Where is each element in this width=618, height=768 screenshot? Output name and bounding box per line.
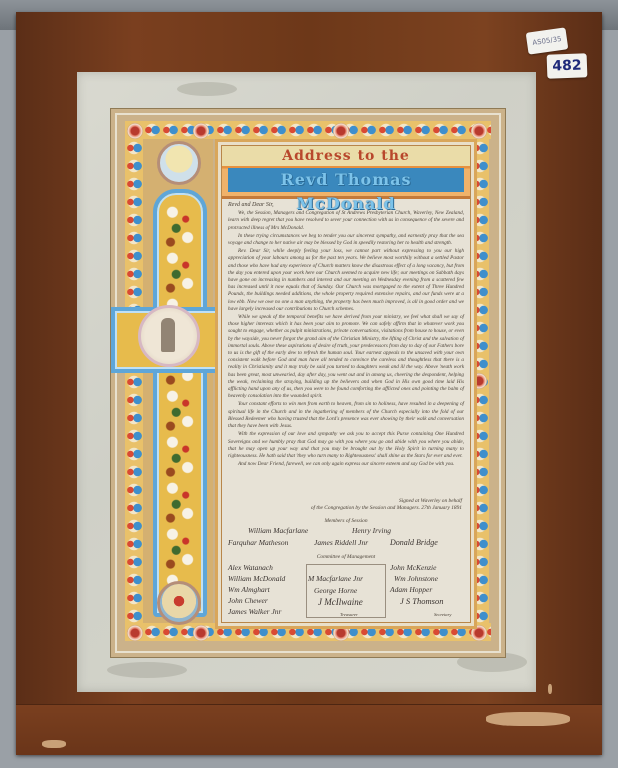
rosette-icon	[127, 625, 143, 641]
signed-line-1: Signed at Waverley on behalf	[311, 498, 462, 505]
signature: Farquhar Matheson	[228, 538, 288, 547]
title-band: Address to the Revd Thomas McDonald	[222, 146, 470, 199]
decorative-side-panel	[143, 139, 213, 623]
title-recipient-name: Revd Thomas McDonald	[228, 168, 464, 192]
floral-frieze-left	[125, 139, 143, 623]
signature: William Macfarlane	[248, 526, 308, 535]
signature: Henry Irving	[352, 526, 391, 535]
signature: Wm Johnstone	[394, 574, 438, 583]
paragraph: While we speak of the temporal benefits …	[228, 314, 464, 400]
stain	[177, 82, 237, 96]
item-number-label: 482	[547, 53, 588, 78]
signature: Alex Watanach	[228, 563, 273, 572]
salutation: Revd and Dear Sir,	[228, 202, 464, 209]
signature: George Horne	[314, 586, 357, 595]
illuminated-address: Address to the Revd Thomas McDonald Revd…	[110, 108, 506, 658]
floral-arch	[153, 189, 207, 617]
dove-medallion-icon	[157, 141, 201, 185]
floral-frieze-top	[125, 121, 491, 139]
pilgrim-vignette-icon	[138, 305, 200, 367]
pilgrim-figure	[161, 318, 175, 352]
signature: M Macfarlane Jnr	[308, 574, 363, 583]
paragraph: And now Dear Friend, farewell, we can on…	[228, 461, 464, 468]
address-body: Revd and Dear Sir, We, the Session, Mana…	[228, 202, 464, 469]
paragraph: In these trying circumstances we beg to …	[228, 233, 464, 247]
signature: J McIlwaine	[318, 597, 363, 607]
paragraph: We, the Session, Managers and Congregati…	[228, 210, 464, 232]
signature: Adam Hopper	[390, 585, 432, 594]
signature: John Chewer	[228, 596, 268, 605]
rosette-icon	[193, 625, 209, 641]
title-address-to-the: Address to the	[222, 148, 470, 164]
paragraph: Your constant efforts to win men from ea…	[228, 401, 464, 430]
treasurer-label: Treasurer	[340, 612, 358, 617]
committee-heading: Committee of Management	[222, 554, 470, 560]
hawthorn-flowers-decoration	[161, 203, 199, 603]
session-heading: Members of Session	[222, 518, 470, 524]
rosette-icon	[333, 123, 349, 139]
signature: J S Thomson	[400, 596, 443, 606]
signature: Donald Bridge	[390, 538, 438, 547]
paragraph: With the expression of our love and symp…	[228, 431, 464, 460]
signature: Wm Almghart	[228, 585, 270, 594]
frame-chip	[548, 684, 552, 694]
rosette-icon	[471, 123, 487, 139]
signed-line-2: of the Congregation by the Session and M…	[311, 505, 462, 512]
address-inner: Address to the Revd Thomas McDonald Revd…	[221, 145, 471, 623]
address-panel: Address to the Revd Thomas McDonald Revd…	[215, 139, 477, 629]
signature: William McDonald	[228, 574, 285, 583]
rosette-icon	[193, 123, 209, 139]
secretary-label: Secretary	[434, 612, 451, 617]
rosette-icon	[127, 123, 143, 139]
signature: James Walker Jnr	[228, 607, 281, 616]
paragraph: Rev. Dear Sir, while deeply feeling your…	[228, 248, 464, 313]
signature: James Riddell Jnr	[314, 538, 368, 547]
ship-medallion-icon	[157, 581, 201, 625]
signed-note: Signed at Waverley on behalf of the Cong…	[311, 498, 462, 512]
stain	[107, 662, 187, 678]
frame-chip	[42, 740, 66, 748]
frame-chip	[486, 712, 570, 726]
signature: John McKenzie	[390, 563, 436, 572]
